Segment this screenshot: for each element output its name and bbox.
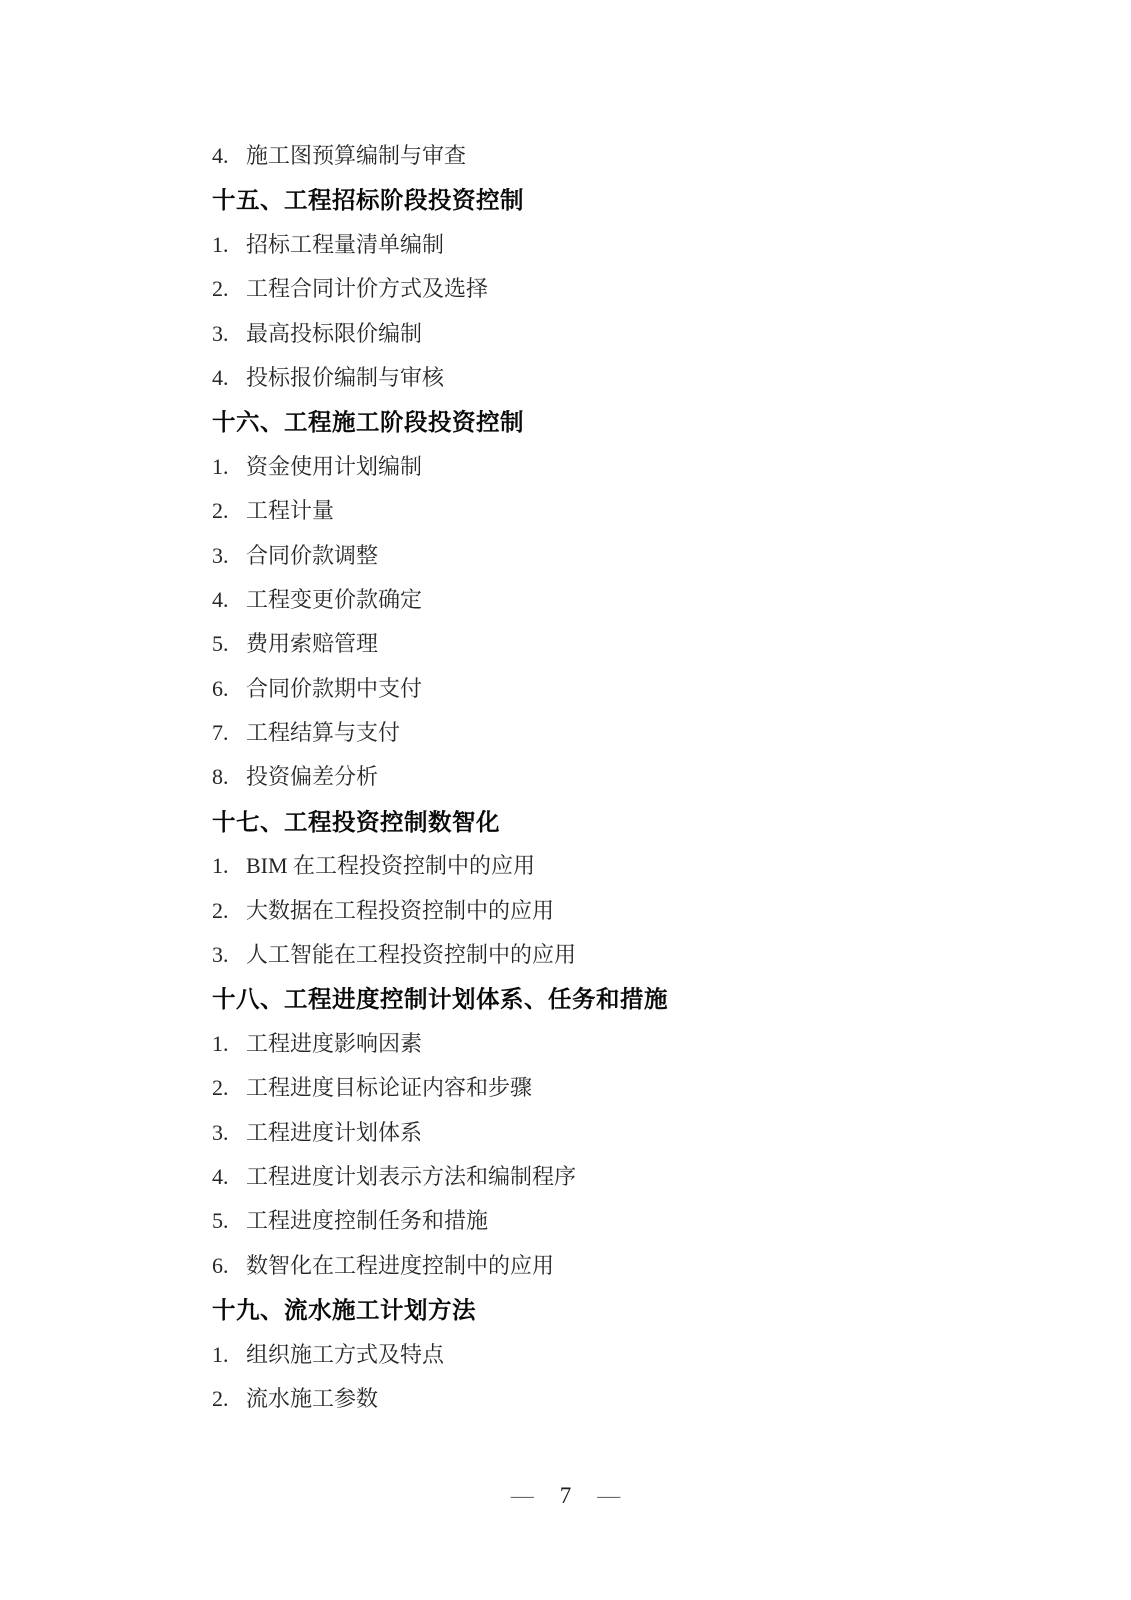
outline-item: 1.BIM 在工程投资控制中的应用: [212, 844, 1071, 888]
item-number: 5.: [212, 1199, 246, 1243]
item-label: 费用索赔管理: [246, 631, 378, 656]
item-number: 1.: [212, 223, 246, 267]
item-label: 工程进度计划表示方法和编制程序: [246, 1164, 576, 1189]
outline-item: 5.工程进度控制任务和措施: [212, 1199, 1071, 1243]
item-number: 2.: [212, 1066, 246, 1110]
outline-item: 2.流水施工参数: [212, 1377, 1071, 1421]
outline-item: 2.工程计量: [212, 489, 1071, 533]
item-label: 工程变更价款确定: [246, 587, 422, 612]
item-number: 2.: [212, 1377, 246, 1421]
item-label: 工程进度影响因素: [246, 1031, 422, 1056]
item-number: 4.: [212, 356, 246, 400]
item-label: 招标工程量清单编制: [246, 232, 444, 257]
outline-item: 4.工程变更价款确定: [212, 578, 1071, 622]
outline-item: 3.最高投标限价编制: [212, 312, 1071, 356]
section-header: 十八、工程进度控制计划体系、任务和措施: [212, 977, 1071, 1021]
outline-item: 3.工程进度计划体系: [212, 1111, 1071, 1155]
outline-item: 1.工程进度影响因素: [212, 1022, 1071, 1066]
item-label: 合同价款调整: [246, 543, 378, 568]
item-label: 流水施工参数: [246, 1386, 378, 1411]
document-page: 4.施工图预算编制与审查十五、工程招标阶段投资控制1.招标工程量清单编制2.工程…: [0, 0, 1131, 1600]
outline-item: 8.投资偏差分析: [212, 755, 1071, 799]
item-number: 1.: [212, 1022, 246, 1066]
item-label: 资金使用计划编制: [246, 454, 422, 479]
outline-item: 1.资金使用计划编制: [212, 445, 1071, 489]
item-number: 3.: [212, 534, 246, 578]
item-number: 6.: [212, 667, 246, 711]
item-label: 投资偏差分析: [246, 764, 378, 789]
item-number: 3.: [212, 933, 246, 977]
outline-item: 4.施工图预算编制与审查: [212, 134, 1071, 178]
item-number: 2.: [212, 889, 246, 933]
item-number: 6.: [212, 1244, 246, 1288]
item-label: 人工智能在工程投资控制中的应用: [246, 942, 576, 967]
item-number: 1.: [212, 445, 246, 489]
item-label: 最高投标限价编制: [246, 321, 422, 346]
item-label: 大数据在工程投资控制中的应用: [246, 898, 554, 923]
page-footer: —7—: [0, 1474, 1131, 1518]
page-number: 7: [560, 1474, 572, 1518]
outline-item: 1.组织施工方式及特点: [212, 1333, 1071, 1377]
item-number: 8.: [212, 755, 246, 799]
outline-item: 2.工程进度目标论证内容和步骤: [212, 1066, 1071, 1110]
outline-item: 5.费用索赔管理: [212, 622, 1071, 666]
item-number: 1.: [212, 844, 246, 888]
item-label: 工程计量: [246, 498, 334, 523]
item-number: 2.: [212, 267, 246, 311]
item-label: 数智化在工程进度控制中的应用: [246, 1253, 554, 1278]
item-number: 5.: [212, 622, 246, 666]
item-label: 工程进度控制任务和措施: [246, 1208, 488, 1233]
item-number: 7.: [212, 711, 246, 755]
outline-item: 1.招标工程量清单编制: [212, 223, 1071, 267]
outline-item: 7.工程结算与支付: [212, 711, 1071, 755]
outline-list: 4.施工图预算编制与审查十五、工程招标阶段投资控制1.招标工程量清单编制2.工程…: [212, 134, 1071, 1421]
section-header: 十六、工程施工阶段投资控制: [212, 400, 1071, 444]
item-label: 施工图预算编制与审查: [246, 143, 466, 168]
section-header: 十七、工程投资控制数智化: [212, 800, 1071, 844]
footer-dash-right: —: [597, 1483, 620, 1508]
outline-item: 3.合同价款调整: [212, 534, 1071, 578]
section-header: 十九、流水施工计划方法: [212, 1288, 1071, 1332]
item-label: BIM 在工程投资控制中的应用: [246, 853, 535, 878]
section-header: 十五、工程招标阶段投资控制: [212, 178, 1071, 222]
item-label: 工程进度目标论证内容和步骤: [246, 1075, 532, 1100]
item-label: 组织施工方式及特点: [246, 1342, 444, 1367]
outline-item: 6.数智化在工程进度控制中的应用: [212, 1244, 1071, 1288]
item-number: 3.: [212, 1111, 246, 1155]
item-label: 工程结算与支付: [246, 720, 400, 745]
item-number: 2.: [212, 489, 246, 533]
outline-item: 2.大数据在工程投资控制中的应用: [212, 889, 1071, 933]
footer-dash-left: —: [511, 1483, 534, 1508]
outline-item: 4.投标报价编制与审核: [212, 356, 1071, 400]
outline-item: 2.工程合同计价方式及选择: [212, 267, 1071, 311]
item-number: 3.: [212, 312, 246, 356]
item-number: 1.: [212, 1333, 246, 1377]
item-label: 工程进度计划体系: [246, 1120, 422, 1145]
item-label: 合同价款期中支付: [246, 676, 422, 701]
outline-item: 3.人工智能在工程投资控制中的应用: [212, 933, 1071, 977]
item-number: 4.: [212, 1155, 246, 1199]
outline-item: 6.合同价款期中支付: [212, 667, 1071, 711]
outline-item: 4.工程进度计划表示方法和编制程序: [212, 1155, 1071, 1199]
item-number: 4.: [212, 134, 246, 178]
item-label: 投标报价编制与审核: [246, 365, 444, 390]
item-label: 工程合同计价方式及选择: [246, 276, 488, 301]
item-number: 4.: [212, 578, 246, 622]
